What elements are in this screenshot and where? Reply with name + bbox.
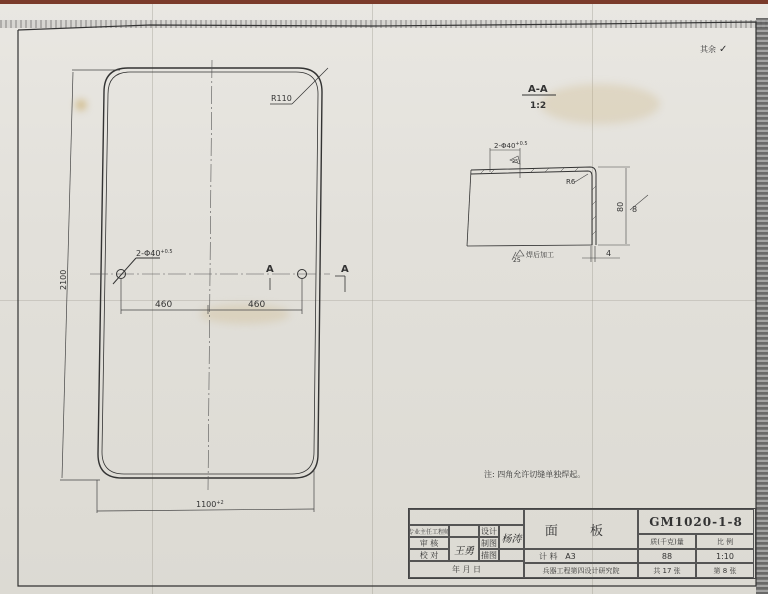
radius-label: R110 — [271, 94, 292, 103]
height-dimension — [60, 70, 120, 480]
section-hatch — [480, 167, 596, 235]
tb-trace-value — [499, 549, 524, 561]
section-marks — [270, 276, 345, 292]
tb-material-label: 计 料 — [539, 551, 558, 562]
thickness: 4 — [606, 249, 611, 258]
roughness-weld: 25 — [513, 257, 521, 264]
tb-sheet-number: 第 8 张 — [696, 563, 754, 578]
dim-2100: 2100 — [59, 270, 68, 290]
surface-check-icon: ✓ — [719, 44, 727, 55]
tb-designer-signature: 杨涛 — [499, 525, 524, 549]
tb-institute: 兵器工程第四设计研究院 — [524, 563, 638, 578]
tb-drawing-number: GM1020-1-8 — [638, 509, 754, 534]
tb-weight-value: 88 — [638, 549, 696, 563]
flange-height: 80 — [616, 202, 625, 212]
section-hole-callout: 2-Φ40+0.5 — [494, 141, 528, 150]
tb-draw-label: 制图 — [479, 537, 499, 549]
tb-review-label: 审 核 — [409, 537, 449, 549]
weld-note: 焊后加工 — [526, 250, 554, 259]
section-title: A-A — [528, 84, 548, 95]
tb-trace-label: 描图 — [479, 549, 499, 561]
section-scale: 1:2 — [530, 101, 546, 111]
center-lines — [90, 60, 330, 490]
sheet-border — [18, 22, 756, 586]
tb-check-label: 校 对 — [409, 549, 449, 561]
tb-empty-cell — [409, 509, 524, 525]
dim-460-right: 460 — [248, 300, 265, 310]
tb-date-label: 年 月 日 — [409, 561, 524, 578]
tb-scale-label: 比 例 — [696, 534, 754, 549]
tb-scale-value: 1:10 — [696, 549, 754, 563]
tb-part-title: 面 板 — [524, 509, 638, 549]
tb-material: 计 料 A3 — [524, 549, 638, 563]
tb-reviewer-signature: 王勇 — [449, 537, 479, 561]
hole-callout: 2-Φ40+0.5 — [136, 249, 173, 258]
flange-mark: 8 — [632, 205, 637, 214]
tb-chief-engineer-value — [449, 525, 479, 537]
tb-chief-engineer-label: 专业主任工程师 — [409, 525, 449, 537]
section-mark-left: A — [266, 264, 274, 275]
tb-design-label: 设计 — [479, 525, 499, 537]
drawing-canvas: 2-Φ40+0.5 460 460 A A R110 2100 1100+2 A… — [0, 0, 768, 594]
dim-1100: 1100+2 — [196, 500, 224, 509]
tb-total-sheets: 共 17 张 — [638, 563, 696, 578]
roughness-hole: 25 — [512, 159, 518, 165]
bend-radius-leader — [575, 174, 588, 182]
hole-spacing-dimension — [121, 278, 302, 314]
tb-weight-label: 质(千克)量 — [638, 534, 696, 549]
dim-460-left: 460 — [155, 300, 172, 310]
general-note: 注: 四角允许切缝单独焊起。 — [484, 469, 585, 479]
tb-material-value: A3 — [565, 552, 576, 561]
section-mark-right: A — [341, 264, 349, 275]
title-block: 专业主任工程师 设计 杨涛 审 核 王勇 制图 校 对 描图 年 月 日 面 板… — [408, 508, 756, 579]
bend-radius: R6 — [566, 178, 576, 186]
surface-note: 其余 — [700, 44, 716, 54]
